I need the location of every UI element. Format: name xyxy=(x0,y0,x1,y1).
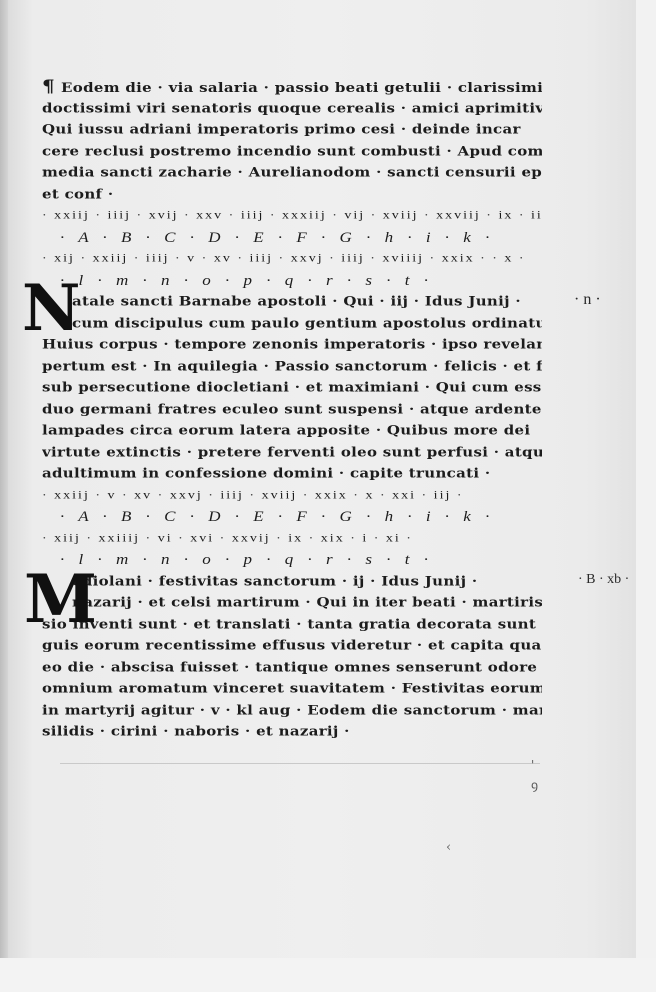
manuscript-text-block: ¶Eodem die · via salaria · passio beati … xyxy=(42,76,542,743)
calendar-letters-row: · A · B · C · D · E · F · G · h · i · k … xyxy=(42,508,542,526)
text-line: ¶Eodem die · via salaria · passio beati … xyxy=(42,78,542,96)
ruling-line xyxy=(60,763,540,764)
text-line: guis eorum recentissime effusus videretu… xyxy=(42,637,542,655)
text-line: atale sancti Barnabe apostoli · Qui · ii… xyxy=(42,293,542,311)
text-line: Huius corpus · tempore zenonis imperator… xyxy=(42,336,542,354)
text-line: sub persecutione diocletiani · et maximi… xyxy=(42,379,542,397)
ink-mark-icon: ꝯ xyxy=(531,776,538,793)
text-line: Qui iussu adriani imperatoris primo cesi… xyxy=(42,121,542,139)
calendar-numerals-row: · xxiij · v · xv · xxvj · iiij · xviij ·… xyxy=(42,486,542,504)
text-line: doctissimi viri senatoris quoque cereali… xyxy=(42,99,542,117)
text-line: omnium aromatum vinceret suavitatem · Fe… xyxy=(42,680,542,698)
calendar-letters-row: · l · m · n · o · p · q · r · s · t · xyxy=(42,271,542,289)
calendar-numerals-row: · xxiij · iiij · xvij · xxv · iiij · xxx… xyxy=(42,207,542,225)
text-line: cum discipulus cum paulo gentium apostol… xyxy=(42,314,542,332)
calendar-letters-row: · A · B · C · D · E · F · G · h · i · k … xyxy=(42,228,542,246)
text-line: ediolani · festivitas sanctorum · ij · I… xyxy=(42,572,542,590)
decorated-initial-m: M xyxy=(24,566,97,632)
text-line: virtute extinctis · pretere ferventi ole… xyxy=(42,443,542,461)
decorated-initial-n: N xyxy=(22,277,81,341)
text-line: pertum est · In aquilegia · Passio sanct… xyxy=(42,357,542,375)
ink-mark-icon: ' xyxy=(531,758,534,772)
text-line: in martyrij agitur · v · kl aug · Eodem … xyxy=(42,701,542,719)
calendar-letters-row: · l · m · n · o · p · q · r · s · t · xyxy=(42,551,542,569)
text-line: eo die · abscisa fuisset · tantique omne… xyxy=(42,658,542,676)
text-line: sio inventi sunt · et translati · tanta … xyxy=(42,615,542,633)
marginal-note: · n · xyxy=(574,291,601,309)
text-line: lampades circa eorum latera apposite · Q… xyxy=(42,422,542,440)
ink-mark-icon: ‹ xyxy=(446,840,451,855)
text-line: silidis · cirini · naboris · et nazarij … xyxy=(42,723,542,741)
paragraph-mark-icon: ¶ xyxy=(42,78,55,96)
text-line: duo germani fratres eculeo sunt suspensi… xyxy=(42,400,542,418)
marginal-note: · B · xb · xyxy=(578,572,629,588)
text-line: cere reclusi postremo incendio sunt comb… xyxy=(42,142,542,160)
text-line: adultimum in confessione domini · capite… xyxy=(42,465,542,483)
calendar-numerals-row: · xij · xxiij · iiij · v · xv · iiij · x… xyxy=(42,250,542,268)
calendar-numerals-row: · xiij · xxiiij · vi · xvi · xxvij · ix … xyxy=(42,529,542,547)
bottom-margin-band xyxy=(0,958,656,992)
text-line: media sancti zacharie · Aurelianodom · s… xyxy=(42,164,542,182)
page-edge xyxy=(636,0,656,992)
text-line: et conf · xyxy=(42,185,542,203)
text-line: nazarij · et celsi martirum · Qui in ite… xyxy=(42,594,542,612)
